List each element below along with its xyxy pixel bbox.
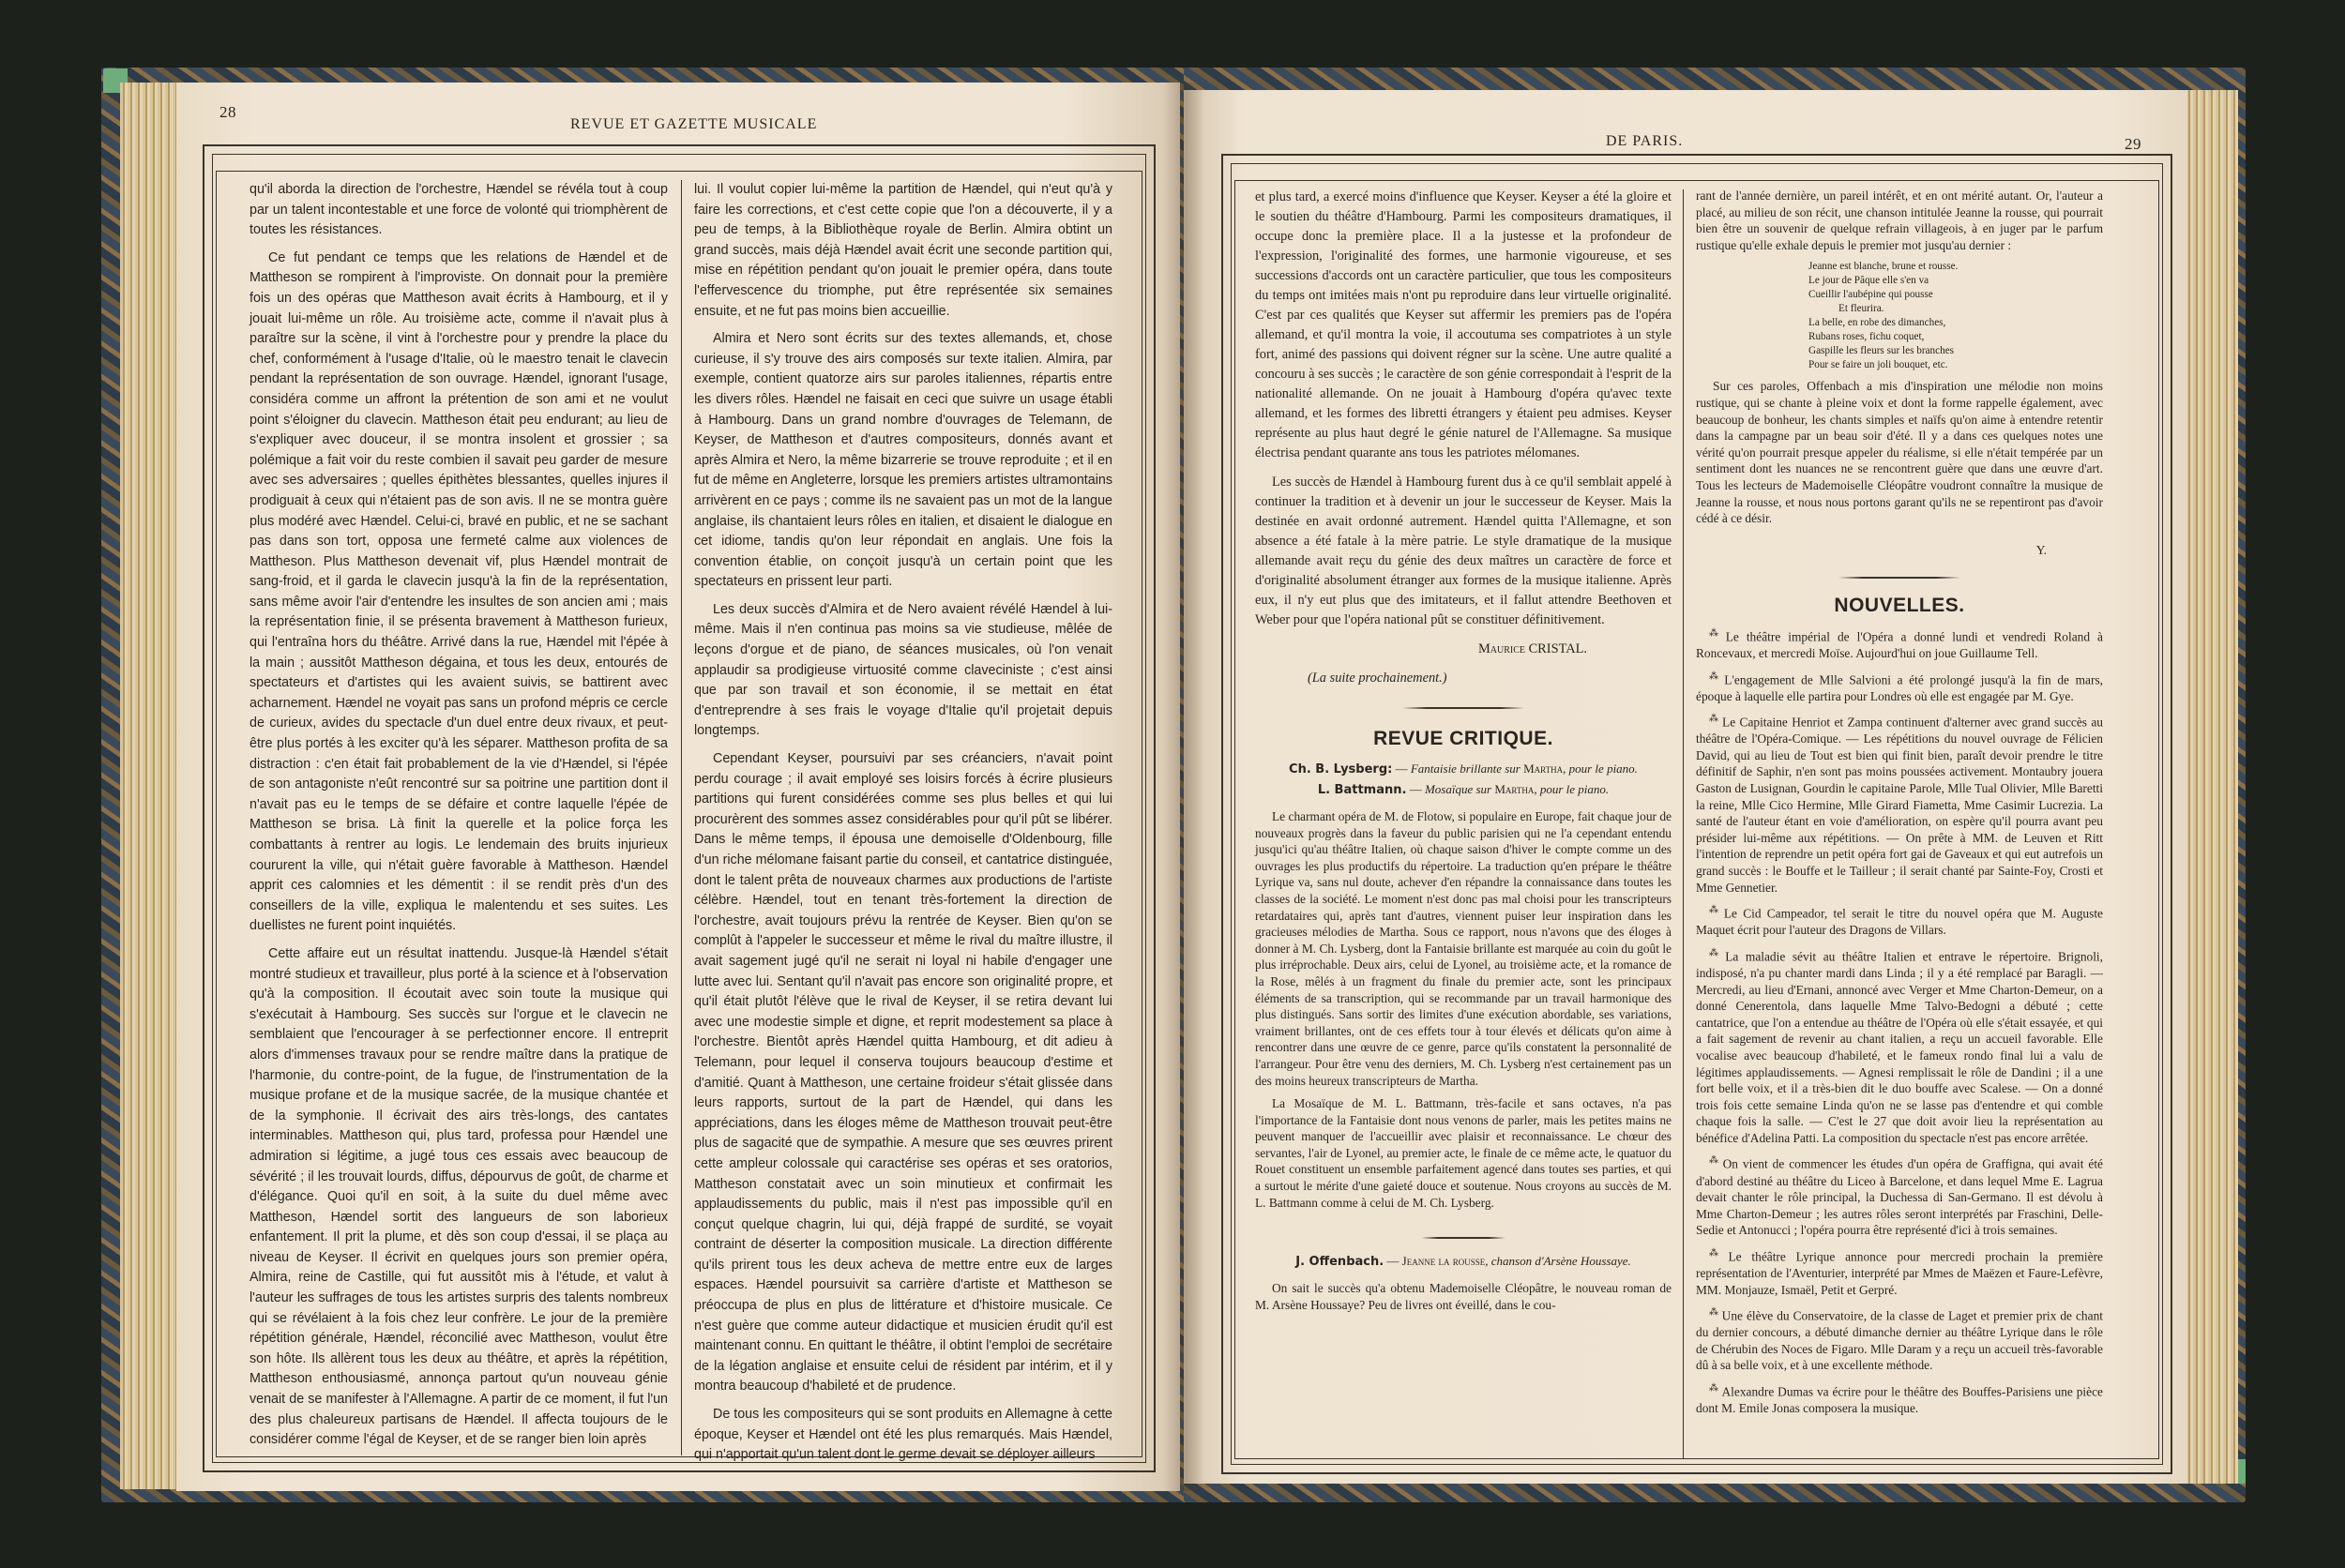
news-item: ⁂Une élève du Conservatoire, de la class… (1696, 1304, 2103, 1374)
news-list: ⁂Le théâtre impérial de l'Opéra a donné … (1696, 626, 2103, 1417)
composer-name: L. Battmann. (1318, 783, 1407, 797)
news-item: ⁂Le théâtre impérial de l'Opéra a donné … (1696, 626, 2103, 662)
asterism-icon: ⁂ (1709, 628, 1722, 639)
article-column-2: lui. Il voulut copier lui-même la partit… (694, 180, 1112, 1473)
review-entry-battmann: L. Battmann. — Mosaïque sur Martha, pour… (1255, 782, 1672, 797)
dash: — (1406, 782, 1425, 796)
author-signature: Maurice CRISTAL. (1255, 640, 1672, 659)
section-heading-revue-critique: REVUE CRITIQUE. (1255, 728, 1672, 750)
running-head: DE PARIS. (1606, 133, 1683, 150)
paragraph: On sait le succès qu'a obtenu Mademoisel… (1255, 1280, 1672, 1313)
column-rule (681, 180, 682, 1455)
asterism-icon: ⁂ (1709, 905, 1720, 915)
section-divider (1255, 1231, 1672, 1244)
work-name: Martha (1494, 782, 1534, 796)
running-head: REVUE ET GAZETTE MUSICALE (570, 116, 817, 133)
work-instrument: , pour le piano. (1563, 761, 1638, 776)
page-edges-left (120, 83, 182, 1489)
lyric-line: Pour se faire un joli bouquet, etc. (1808, 358, 2103, 372)
paragraph: qu'il aborda la direction de l'orchestre… (250, 180, 668, 241)
lyric-line: La belle, en robe des dimanches, (1808, 316, 2103, 330)
author-signature: Y. (1696, 542, 2103, 559)
section-heading-nouvelles: NOUVELLES. (1696, 597, 2103, 614)
work-name: Jeanne la rousse (1402, 1254, 1486, 1268)
paragraph: De tous les compositeurs qui se sont pro… (694, 1405, 1112, 1466)
asterism-icon: ⁂ (1709, 1155, 1719, 1166)
paragraph: lui. Il voulut copier lui-même la partit… (694, 180, 1112, 322)
lyric-line: Gaspille les fleurs sur les branches (1808, 344, 2103, 358)
lyric-line: Et fleurira. (1808, 302, 2103, 316)
asterism-icon: ⁂ (1709, 1248, 1724, 1259)
asterism-icon: ⁂ (1709, 948, 1721, 958)
article-column-1: et plus tard, a exercé moins d'influence… (1255, 188, 1672, 1319)
dash: — (1392, 761, 1411, 776)
lyric-line: Jeanne est blanche, brune et rousse. (1808, 260, 2103, 274)
paragraph: Sur ces paroles, Offenbach a mis d'inspi… (1696, 378, 2103, 526)
review-body-offenbach: On sait le succès qu'a obtenu Mademoisel… (1255, 1280, 1672, 1313)
asterism-icon: ⁂ (1709, 1383, 1718, 1394)
news-item: ⁂L'engagement de Mlle Salvioni a été pro… (1696, 669, 2103, 705)
review-entry-lysberg: Ch. B. Lysberg: — Fantaisie brillante su… (1255, 761, 1672, 776)
news-item: ⁂Alexandre Dumas va écrire pour le théât… (1696, 1380, 2103, 1417)
lyric-line: Cueillir l'aubépine qui pousse (1808, 288, 2103, 302)
section-divider (1696, 571, 2103, 584)
composer-name: J. Offenbach. (1295, 1255, 1384, 1269)
page-number: 29 (2125, 135, 2141, 154)
news-item: ⁂Le Cid Campeador, tel serait le titre d… (1696, 902, 2103, 939)
paragraph: Le charmant opéra de M. de Flotow, si po… (1255, 808, 1672, 1089)
work-name: Martha (1523, 761, 1563, 776)
section-divider (1255, 701, 1672, 715)
paragraph: La Mosaïque de M. L. Battmann, très-faci… (1255, 1095, 1672, 1211)
work-title: Mosaïque sur (1425, 782, 1494, 796)
paragraph: Almira et Nero sont écrits sur des texte… (694, 329, 1112, 593)
page-edges-right (2186, 90, 2238, 1484)
lyric-line: Rubans roses, fichu coquet, (1808, 330, 2103, 344)
lyric-line: Le jour de Pâque elle s'en va (1808, 274, 2103, 288)
composer-name: Ch. B. Lysberg: (1289, 762, 1392, 776)
news-item: ⁂Le théâtre Lyrique annonce pour mercred… (1696, 1245, 2103, 1298)
news-item: ⁂Le Capitaine Henriot et Zampa continuen… (1696, 711, 2103, 896)
paragraph: Ce fut pendant ce temps que les relation… (250, 249, 668, 937)
review-entry-offenbach: J. Offenbach. — Jeanne la rousse, chanso… (1255, 1254, 1672, 1269)
paragraph: rant de l'année dernière, un pareil inté… (1696, 188, 2103, 253)
page-number: 28 (219, 103, 236, 122)
asterism-icon: ⁂ (1709, 714, 1718, 724)
column-rule (1683, 189, 1684, 1459)
work-title: Fantaisie brillante sur (1411, 761, 1523, 776)
news-item: ⁂La maladie sévit au théâtre Italien et … (1696, 945, 2103, 1147)
paragraph: et plus tard, a exercé moins d'influence… (1255, 188, 1672, 463)
left-page: 28 REVUE ET GAZETTE MUSICALE qu'il abord… (176, 83, 1180, 1491)
news-item: ⁂On vient de commencer les études d'un o… (1696, 1153, 2103, 1238)
paragraph: Cependant Keyser, poursuivi par ses créa… (694, 749, 1112, 1397)
paragraph: Les succès de Hændel à Hambourg furent d… (1255, 473, 1672, 630)
asterism-icon: ⁂ (1709, 671, 1720, 682)
paragraph: Les deux succès d'Almira et de Nero avai… (694, 600, 1112, 742)
work-subtitle: , chanson d'Arsène Houssaye. (1485, 1254, 1631, 1268)
song-lyrics: Jeanne est blanche, brune et rousse.Le j… (1808, 260, 2103, 372)
continuation-note: (La suite prochainement.) (1255, 669, 1672, 688)
article-continuation: et plus tard, a exercé moins d'influence… (1255, 188, 1672, 630)
article-column-2: rant de l'année dernière, un pareil inté… (1696, 188, 2103, 1424)
right-page: DE PARIS. 29 et plus tard, a exercé moin… (1184, 90, 2187, 1484)
review-body: Le charmant opéra de M. de Flotow, si po… (1255, 808, 1672, 1211)
asterism-icon: ⁂ (1709, 1307, 1718, 1318)
paragraph: Cette affaire eut un résultat inattendu.… (250, 944, 668, 1451)
article-column-1: qu'il aborda la direction de l'orchestre… (250, 180, 668, 1458)
dash: — (1384, 1254, 1402, 1268)
work-instrument: , pour le piano. (1534, 782, 1609, 796)
